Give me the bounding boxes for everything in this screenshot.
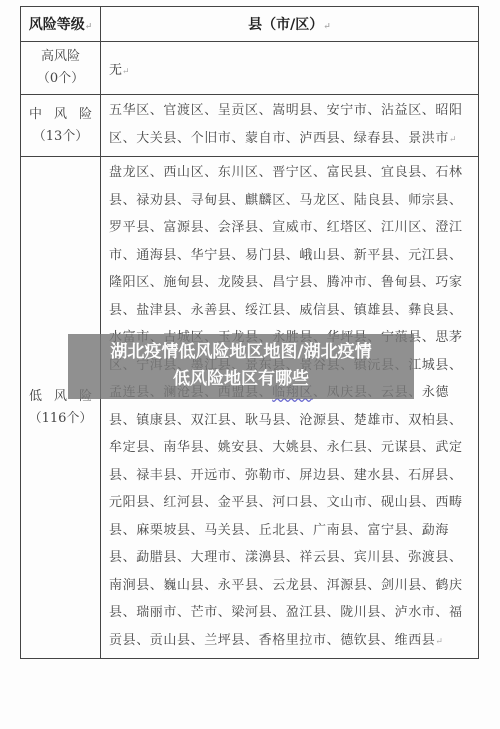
high-risk-count: （0个）: [21, 68, 100, 90]
medium-risk-label: 中风险: [21, 104, 112, 126]
header-risk-level: 风险等级↵: [21, 7, 101, 42]
high-risk-areas: 无↵: [101, 42, 479, 95]
header-county: 县（市/区）↵: [101, 7, 479, 42]
high-risk-label-cell: 高风险 （0个）: [21, 42, 101, 95]
low-risk-count: （116个）: [21, 408, 100, 430]
low-risk-areas: 盘龙区、西山区、东川区、晋宁区、富民县、宜良县、石林县、禄劝县、寻甸县、麒麟区、…: [101, 157, 479, 659]
table-header-row: 风险等级↵ 县（市/区）↵: [21, 7, 479, 42]
banner-title-line-2: 低风险地区有哪些: [68, 366, 414, 393]
medium-risk-count: （13个）: [21, 126, 100, 148]
medium-risk-areas: 五华区、官渡区、呈贡区、嵩明县、安宁市、沾益区、昭阳区、大关县、个旧市、蒙自市、…: [101, 95, 479, 157]
medium-risk-label-cell: 中风险 （13个）: [21, 95, 101, 157]
document-page: 风险等级↵ 县（市/区）↵ 高风险 （0个） 无↵ 中风险 （13个） 五华区、…: [0, 0, 500, 729]
high-risk-label: 高风险: [21, 46, 100, 68]
banner-title-line-1: 湖北疫情低风险地区地图/湖北疫情: [68, 339, 414, 366]
table-row-medium-risk: 中风险 （13个） 五华区、官渡区、呈贡区、嵩明县、安宁市、沾益区、昭阳区、大关…: [21, 95, 479, 157]
table-row-high-risk: 高风险 （0个） 无↵: [21, 42, 479, 95]
risk-level-table: 风险等级↵ 县（市/区）↵ 高风险 （0个） 无↵ 中风险 （13个） 五华区、…: [20, 6, 479, 659]
low-risk-label-cell: 低风险 （116个）: [21, 157, 101, 659]
title-overlay-banner: 湖北疫情低风险地区地图/湖北疫情 低风险地区有哪些: [68, 334, 414, 399]
table-row-low-risk: 低风险 （116个） 盘龙区、西山区、东川区、晋宁区、富民县、宜良县、石林县、禄…: [21, 157, 479, 659]
